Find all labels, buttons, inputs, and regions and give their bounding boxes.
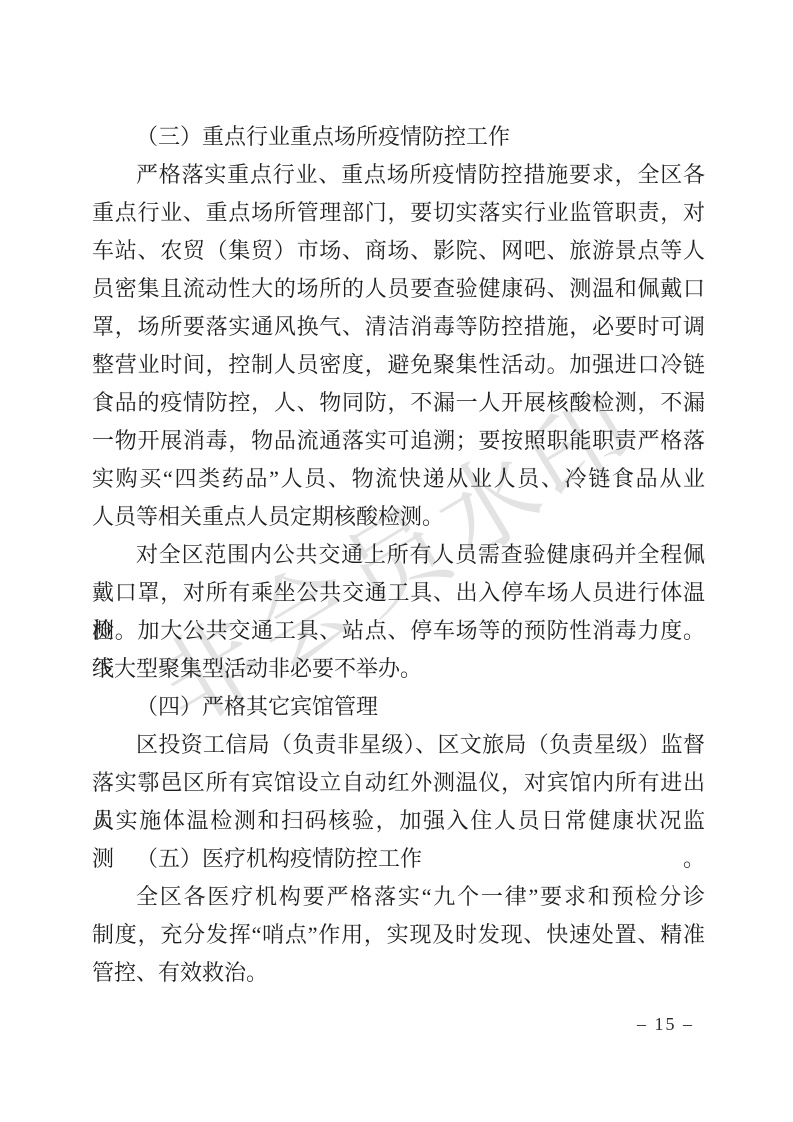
text-line: 员密集且流动性大的场所的人员要查验健康码、测温和佩戴口 [92, 270, 705, 308]
text-line: 严格落实重点行业、重点场所疫情防控措施要求，全区各 [92, 156, 705, 194]
text-line: 全区各医疗机构要严格落实“九个一律”要求和预检分诊 [92, 878, 705, 916]
text-line: 一物开展消毒，物品流通落实可追溯；要按照职能职责严格落 [92, 422, 705, 460]
text-line: 戴口罩，对所有乘坐公共交通工具、出入停车场人员进行体温检 [92, 574, 705, 612]
text-line: 测。加大公共交通工具、站点、停车场等的预防性消毒力度。线 [92, 612, 705, 650]
text-line: 人员等相关重点人员定期核酸检测。 [92, 498, 705, 536]
section-3-heading: （三）重点行业重点场所疫情防控工作 [92, 118, 705, 156]
text-line: 制度，充分发挥“哨点”作用，实现及时发现、快速处置、精准 [92, 916, 705, 954]
document-page: { "page": { "background": "#ffffff", "te… [0, 0, 793, 1122]
section-4-heading: （四）严格其它宾馆管理 [92, 688, 705, 726]
page-number: – 15 – [618, 1014, 713, 1035]
text-line: 对全区范围内公共交通上所有人员需查验健康码并全程佩 [92, 536, 705, 574]
text-line: 实购买“四类药品”人员、物流快递从业人员、冷链食品从业 [92, 460, 705, 498]
text-line: 落实鄠邑区所有宾馆设立自动红外测温仪，对宾馆内所有进出人 [92, 764, 705, 802]
text-line: 重点行业、重点场所管理部门，要切实落实行业监管职责，对 [92, 194, 705, 232]
text-line: 食品的疫情防控，人、物同防，不漏一人开展核酸检测，不漏 [92, 384, 705, 422]
text-line: 区投资工信局（负责非星级）、区文旅局（负责星级）监督 [92, 726, 705, 764]
text-line: 下大型聚集型活动非必要不举办。 [92, 650, 705, 688]
text-line: 员实施体温检测和扫码核验，加强入住人员日常健康状况监测。 [92, 802, 705, 840]
text-line: 管控、有效救治。 [92, 954, 705, 992]
text-line: 罩，场所要落实通风换气、清洁消毒等防控措施，必要时可调 [92, 308, 705, 346]
text-line: 整营业时间，控制人员密度，避免聚集性活动。加强进口冷链 [92, 346, 705, 384]
document-body: （三）重点行业重点场所疫情防控工作 严格落实重点行业、重点场所疫情防控措施要求，… [92, 118, 705, 992]
text-line: 车站、农贸（集贸）市场、商场、影院、网吧、旅游景点等人 [92, 232, 705, 270]
